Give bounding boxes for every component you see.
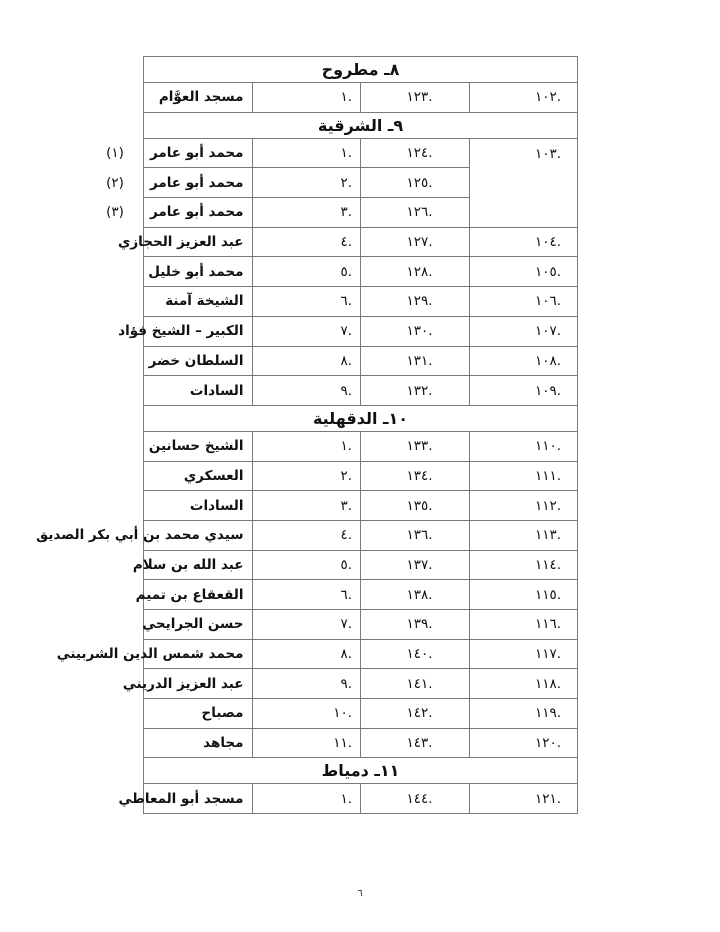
global-number-cell: .١٣٢ bbox=[361, 376, 470, 406]
mosque-name: الشيخ حسانين bbox=[149, 438, 244, 454]
global-number-cell: .١٤٤ bbox=[361, 784, 470, 814]
local-number-cell: .٢ bbox=[252, 461, 361, 491]
mosque-name: سيدي محمد بن أبي بكر الصديق bbox=[36, 527, 243, 543]
global-number-cell: .١٤١ bbox=[361, 669, 470, 699]
local-number-cell: .٧ bbox=[252, 316, 361, 346]
local-number-cell: .٨ bbox=[252, 346, 361, 376]
table-body: ٨ـ مطروح.١٠٢.١٢٣.١مسجد العوَّام٩ـ الشرقي… bbox=[144, 57, 578, 814]
mosque-name: عبد العزيز الحجازي bbox=[118, 234, 243, 250]
mosque-name-cell: مجاهد bbox=[144, 728, 253, 758]
mosque-name-cell: محمد أبو عامر(٢) bbox=[144, 168, 253, 198]
local-number-cell: .١١ bbox=[252, 728, 361, 758]
mosque-name: محمد أبو عامر bbox=[150, 175, 244, 191]
local-number-cell: .٩ bbox=[252, 376, 361, 406]
page-number: ٦ bbox=[0, 888, 720, 899]
global-number-cell: .١٤٣ bbox=[361, 728, 470, 758]
mosque-name-cell: محمد شمس الدين الشربيني bbox=[144, 639, 253, 669]
serial-number-cell: .١١٢ bbox=[469, 491, 578, 521]
local-number-cell: .٣ bbox=[252, 491, 361, 521]
serial-number-cell: .١٠٦ bbox=[469, 287, 578, 317]
mosque-name: محمد أبو عامر bbox=[150, 204, 244, 220]
mosque-name: مجاهد bbox=[203, 735, 243, 751]
section-header-row: ٨ـ مطروح bbox=[144, 57, 578, 83]
serial-number-cell: .١١٧ bbox=[469, 639, 578, 669]
serial-number-cell: .١٠٧ bbox=[469, 316, 578, 346]
table-row: .١٠٦.١٢٩.٦الشيخة آمنة bbox=[144, 287, 578, 317]
mosque-name: مسجد أبو المعاطي bbox=[119, 791, 244, 807]
local-number-cell: .٧ bbox=[252, 610, 361, 640]
local-number-cell: .٩ bbox=[252, 669, 361, 699]
global-number-cell: .١٣٧ bbox=[361, 550, 470, 580]
mosque-name: عبد العزيز الدريني bbox=[123, 676, 244, 692]
serial-number-cell: .١٠٩ bbox=[469, 376, 578, 406]
mosque-name-suffix: (٢) bbox=[106, 175, 124, 191]
global-number-cell: .١٢٥ bbox=[361, 168, 470, 198]
mosque-name: مصباح bbox=[202, 705, 244, 721]
serial-number-cell: .١١٩ bbox=[469, 699, 578, 729]
global-number-cell: .١٢٩ bbox=[361, 287, 470, 317]
mosque-name-cell: العسكري bbox=[144, 461, 253, 491]
mosque-name-cell: السلطان خضر bbox=[144, 346, 253, 376]
mosque-name-suffix: (٣) bbox=[106, 204, 124, 220]
mosque-name-cell: محمد أبو خليل bbox=[144, 257, 253, 287]
global-number-cell: .١٣٠ bbox=[361, 316, 470, 346]
serial-number-cell: .١٠٨ bbox=[469, 346, 578, 376]
mosque-name: السادات bbox=[190, 383, 244, 399]
mosques-table: ٨ـ مطروح.١٠٢.١٢٣.١مسجد العوَّام٩ـ الشرقي… bbox=[143, 56, 578, 814]
local-number-cell: .٨ bbox=[252, 639, 361, 669]
mosque-name: الكبير – الشيخ فؤاد bbox=[118, 323, 243, 339]
document-page: ٨ـ مطروح.١٠٢.١٢٣.١مسجد العوَّام٩ـ الشرقي… bbox=[0, 0, 720, 932]
table-row: .١٠٩.١٣٢.٩السادات bbox=[144, 376, 578, 406]
mosque-name-cell: الشيخة آمنة bbox=[144, 287, 253, 317]
global-number-cell: .١٢٣ bbox=[361, 83, 470, 113]
table-row: .١٠٢.١٢٣.١مسجد العوَّام bbox=[144, 83, 578, 113]
local-number-cell: .٣ bbox=[252, 198, 361, 228]
mosque-name-cell: حسن الجرايحي bbox=[144, 610, 253, 640]
global-number-cell: .١٤٢ bbox=[361, 699, 470, 729]
serial-number-cell: .١٢٠ bbox=[469, 728, 578, 758]
mosque-name-cell: مسجد العوَّام bbox=[144, 83, 253, 113]
table-row: .١١٨.١٤١.٩عبد العزيز الدريني bbox=[144, 669, 578, 699]
serial-number-cell: .١١٣ bbox=[469, 520, 578, 550]
serial-number-cell: .١٢١ bbox=[469, 784, 578, 814]
mosque-name-cell: سيدي محمد بن أبي بكر الصديق bbox=[144, 520, 253, 550]
mosque-name-cell: الشيخ حسانين bbox=[144, 431, 253, 461]
local-number-cell: .٥ bbox=[252, 257, 361, 287]
global-number-cell: .١٣٤ bbox=[361, 461, 470, 491]
table-row: .١١٩.١٤٢.١٠مصباح bbox=[144, 699, 578, 729]
local-number-cell: .٤ bbox=[252, 520, 361, 550]
mosque-name-cell: محمد أبو عامر(٣) bbox=[144, 198, 253, 228]
table-row: .١١١.١٣٤.٢العسكري bbox=[144, 461, 578, 491]
serial-number-cell: .١١٤ bbox=[469, 550, 578, 580]
local-number-cell: .١ bbox=[252, 431, 361, 461]
table-row: .١١٣.١٣٦.٤سيدي محمد بن أبي بكر الصديق bbox=[144, 520, 578, 550]
table-row: .١١٠.١٣٣.١الشيخ حسانين bbox=[144, 431, 578, 461]
table-row: .١١٢.١٣٥.٣السادات bbox=[144, 491, 578, 521]
mosque-name: العسكري bbox=[184, 468, 244, 484]
mosque-name-cell: عبد الله بن سلام bbox=[144, 550, 253, 580]
global-number-cell: .١٣٩ bbox=[361, 610, 470, 640]
local-number-cell: .١ bbox=[252, 138, 361, 168]
local-number-cell: .١٠ bbox=[252, 699, 361, 729]
local-number-cell: .١ bbox=[252, 784, 361, 814]
table-row: .١١٤.١٣٧.٥عبد الله بن سلام bbox=[144, 550, 578, 580]
global-number-cell: .١٣٣ bbox=[361, 431, 470, 461]
global-number-cell: .١٣٦ bbox=[361, 520, 470, 550]
mosque-name: محمد أبو عامر bbox=[150, 145, 244, 161]
section-title: ٨ـ مطروح bbox=[144, 57, 578, 83]
local-number-cell: .٦ bbox=[252, 287, 361, 317]
local-number-cell: .١ bbox=[252, 83, 361, 113]
serial-number-cell: .١٠٣ bbox=[469, 138, 578, 227]
serial-number-cell: .١٠٢ bbox=[469, 83, 578, 113]
section-header-row: ١١ـ دمياط bbox=[144, 758, 578, 784]
mosque-name: السادات bbox=[190, 498, 244, 514]
serial-number-cell: .١٠٤ bbox=[469, 227, 578, 257]
section-title: ١١ـ دمياط bbox=[144, 758, 578, 784]
global-number-cell: .١٣١ bbox=[361, 346, 470, 376]
serial-number-cell: .١١٠ bbox=[469, 431, 578, 461]
mosque-name: حسن الجرايحي bbox=[142, 616, 243, 632]
mosque-name-cell: القعقاع بن تميم bbox=[144, 580, 253, 610]
global-number-cell: .١٣٨ bbox=[361, 580, 470, 610]
global-number-cell: .١٤٠ bbox=[361, 639, 470, 669]
serial-number-cell: .١١١ bbox=[469, 461, 578, 491]
serial-number-cell: .١١٦ bbox=[469, 610, 578, 640]
mosque-name: الشيخة آمنة bbox=[165, 293, 243, 309]
local-number-cell: .٥ bbox=[252, 550, 361, 580]
mosque-name-cell: السادات bbox=[144, 491, 253, 521]
mosque-name: السلطان خضر bbox=[149, 353, 244, 369]
global-number-cell: .١٢٦ bbox=[361, 198, 470, 228]
table-row: .١٢٠.١٤٣.١١مجاهد bbox=[144, 728, 578, 758]
mosque-name-cell: مسجد أبو المعاطي bbox=[144, 784, 253, 814]
table-row: .١٠٤.١٢٧.٤عبد العزيز الحجازي bbox=[144, 227, 578, 257]
mosque-name-cell: السادات bbox=[144, 376, 253, 406]
mosque-name-suffix: (١) bbox=[106, 145, 124, 161]
mosque-name: القعقاع بن تميم bbox=[136, 587, 244, 603]
global-number-cell: .١٢٨ bbox=[361, 257, 470, 287]
section-header-row: ١٠ـ الدقهلية bbox=[144, 405, 578, 431]
table-row: .١١٦.١٣٩.٧حسن الجرايحي bbox=[144, 610, 578, 640]
global-number-cell: .١٣٥ bbox=[361, 491, 470, 521]
global-number-cell: .١٢٧ bbox=[361, 227, 470, 257]
table-row: .١٠٣.١٢٤.١محمد أبو عامر(١) bbox=[144, 138, 578, 168]
global-number-cell: .١٢٤ bbox=[361, 138, 470, 168]
section-header-row: ٩ـ الشرقية bbox=[144, 112, 578, 138]
table-row: .١٠٨.١٣١.٨السلطان خضر bbox=[144, 346, 578, 376]
mosque-name-cell: عبد العزيز الدريني bbox=[144, 669, 253, 699]
section-title: ٩ـ الشرقية bbox=[144, 112, 578, 138]
mosque-name: محمد شمس الدين الشربيني bbox=[57, 646, 244, 662]
mosque-name: مسجد العوَّام bbox=[159, 89, 244, 105]
mosque-name-cell: الكبير – الشيخ فؤاد bbox=[144, 316, 253, 346]
mosque-name-cell: محمد أبو عامر(١) bbox=[144, 138, 253, 168]
mosque-name: محمد أبو خليل bbox=[148, 264, 243, 280]
serial-number-cell: .١١٥ bbox=[469, 580, 578, 610]
mosque-name: عبد الله بن سلام bbox=[133, 557, 244, 573]
table-row: .١١٧.١٤٠.٨محمد شمس الدين الشربيني bbox=[144, 639, 578, 669]
table-row: .١٢١.١٤٤.١مسجد أبو المعاطي bbox=[144, 784, 578, 814]
local-number-cell: .٢ bbox=[252, 168, 361, 198]
local-number-cell: .٦ bbox=[252, 580, 361, 610]
mosque-name-cell: مصباح bbox=[144, 699, 253, 729]
serial-number-cell: .١١٨ bbox=[469, 669, 578, 699]
table-row: .١١٥.١٣٨.٦القعقاع بن تميم bbox=[144, 580, 578, 610]
table-row: .١٠٧.١٣٠.٧الكبير – الشيخ فؤاد bbox=[144, 316, 578, 346]
serial-number-cell: .١٠٥ bbox=[469, 257, 578, 287]
table-row: .١٠٥.١٢٨.٥محمد أبو خليل bbox=[144, 257, 578, 287]
mosque-name-cell: عبد العزيز الحجازي bbox=[144, 227, 253, 257]
section-title: ١٠ـ الدقهلية bbox=[144, 405, 578, 431]
local-number-cell: .٤ bbox=[252, 227, 361, 257]
